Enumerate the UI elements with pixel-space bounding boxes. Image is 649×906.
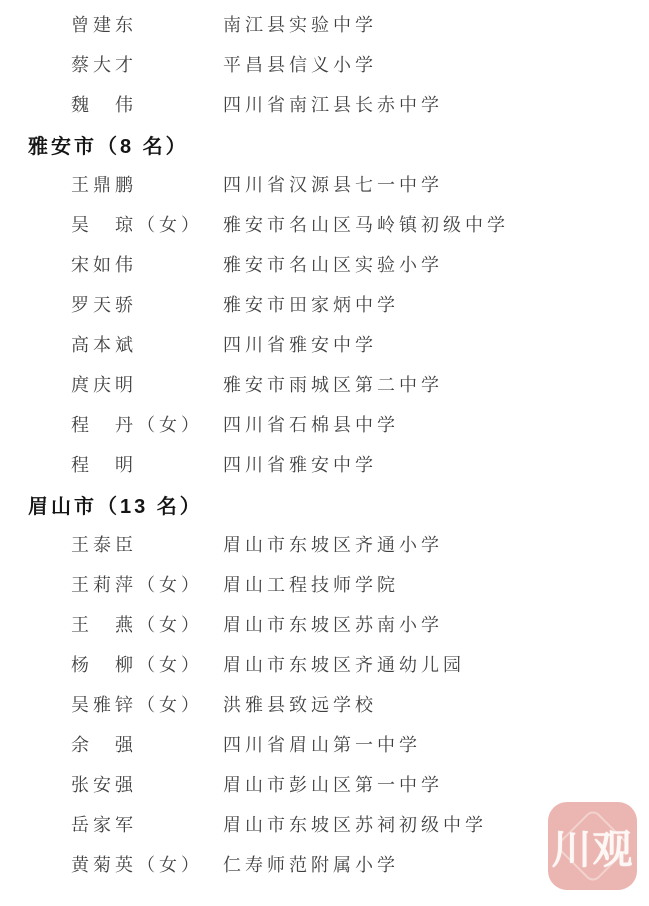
person-row: 王莉萍（女） 眉山工程技师学院 [0,564,649,604]
person-row: 吴雅锌（女） 洪雅县致远学校 [0,684,649,724]
person-name: 黄菊英（女） [71,851,223,877]
section-header-row: 雅安市（8 名） [0,124,649,164]
person-name: 程 丹（女） [71,411,223,437]
person-row: 王泰臣 眉山市东坡区齐通小学 [0,524,649,564]
person-row: 高本斌 四川省雅安中学 [0,324,649,364]
school-name: 洪雅县致远学校 [223,691,377,717]
school-name: 雅安市雨城区第二中学 [223,371,443,397]
person-name: 王泰臣 [71,531,223,557]
school-name: 眉山市彭山区第一中学 [223,771,443,797]
person-row: 魏 伟 四川省南江县长赤中学 [0,84,649,124]
school-name: 四川省石棉县中学 [223,411,399,437]
person-row: 蔡大才 平昌县信义小学 [0,44,649,84]
person-row: 王 燕（女） 眉山市东坡区苏南小学 [0,604,649,644]
person-row: 张安强 眉山市彭山区第一中学 [0,764,649,804]
person-name: 王 燕（女） [71,611,223,637]
person-row: 庹庆明 雅安市雨城区第二中学 [0,364,649,404]
person-name: 杨 柳（女） [71,651,223,677]
section-header-label: 眉山市（13 名） [28,490,203,519]
school-name: 四川省雅安中学 [223,331,377,357]
school-name: 四川省雅安中学 [223,451,377,477]
person-name: 王鼎鹏 [71,171,223,197]
school-name: 眉山工程技师学院 [223,571,399,597]
school-name: 眉山市东坡区齐通幼儿园 [223,651,465,677]
person-name: 蔡大才 [71,51,223,77]
school-name: 眉山市东坡区苏祠初级中学 [223,811,487,837]
person-name: 曾建东 [71,11,223,37]
person-row: 程 明 四川省雅安中学 [0,444,649,484]
person-name: 王莉萍（女） [71,571,223,597]
school-name: 眉山市东坡区苏南小学 [223,611,443,637]
person-row: 曾建东 南江县实验中学 [0,4,649,44]
person-name: 张安强 [71,771,223,797]
school-name: 南江县实验中学 [223,11,377,37]
school-name: 四川省汉源县七一中学 [223,171,443,197]
person-row: 杨 柳（女） 眉山市东坡区齐通幼儿园 [0,644,649,684]
school-name: 雅安市名山区实验小学 [223,251,443,277]
school-name: 平昌县信义小学 [223,51,377,77]
person-row: 吴 琼（女） 雅安市名山区马岭镇初级中学 [0,204,649,244]
school-name: 雅安市田家炳中学 [223,291,399,317]
school-name: 四川省南江县长赤中学 [223,91,443,117]
person-name: 余 强 [71,731,223,757]
person-name: 吴雅锌（女） [71,691,223,717]
person-row: 余 强 四川省眉山第一中学 [0,724,649,764]
chuanguan-logo-watermark: 川观 [548,802,637,890]
person-row: 宋如伟 雅安市名山区实验小学 [0,244,649,284]
person-name: 高本斌 [71,331,223,357]
school-name: 仁寿师范附属小学 [223,851,399,877]
section-header-row: 眉山市（13 名） [0,484,649,524]
person-name: 岳家军 [71,811,223,837]
person-name: 程 明 [71,451,223,477]
person-row: 罗天骄 雅安市田家炳中学 [0,284,649,324]
person-name: 庹庆明 [71,371,223,397]
section-header-label: 雅安市（8 名） [28,130,189,159]
person-row: 程 丹（女） 四川省石棉县中学 [0,404,649,444]
person-name: 吴 琼（女） [71,211,223,237]
school-name: 雅安市名山区马岭镇初级中学 [223,211,509,237]
award-list: 曾建东 南江县实验中学 蔡大才 平昌县信义小学 魏 伟 四川省南江县长赤中学 雅… [0,4,649,884]
watermark-brand-text: 川观 [548,802,637,890]
person-name: 宋如伟 [71,251,223,277]
person-row: 王鼎鹏 四川省汉源县七一中学 [0,164,649,204]
document-page: 曾建东 南江县实验中学 蔡大才 平昌县信义小学 魏 伟 四川省南江县长赤中学 雅… [0,0,649,906]
person-name: 魏 伟 [71,91,223,117]
person-name: 罗天骄 [71,291,223,317]
school-name: 四川省眉山第一中学 [223,731,421,757]
school-name: 眉山市东坡区齐通小学 [223,531,443,557]
